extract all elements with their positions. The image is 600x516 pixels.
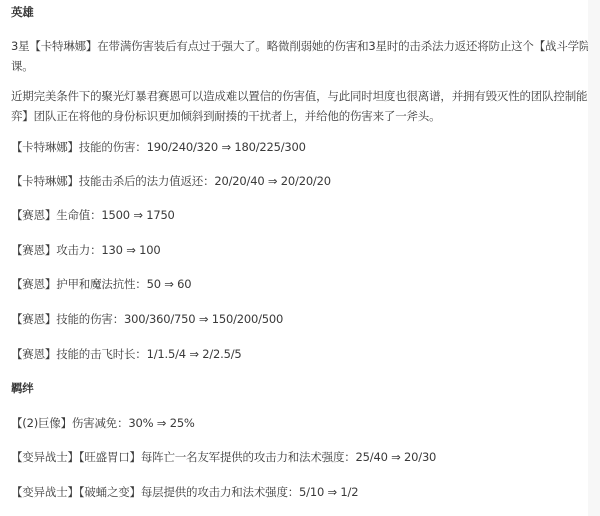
heroes-para2-line-2: 弈】团队正在将他的身份标识更加倾斜到耐揍的干扰者上，并给他的伤害来了一斧头。 <box>11 105 440 127</box>
change-item: 【变异战士】【旺盛胃口】每阵亡一名友军提供的攻击力和法术强度：25/40 ⇒ 2… <box>11 446 436 468</box>
change-item: 【卡特琳娜】技能的伤害：190/240/320 ⇒ 180/225/300 <box>11 136 306 158</box>
heroes-intro-line-2: 课。 <box>11 55 34 77</box>
change-item: 【变异战士】【破蛹之变】每层提供的攻击力和法术强度：5/10 ⇒ 1/2 <box>11 481 358 503</box>
change-item: 【赛恩】生命值：1500 ⇒ 1750 <box>11 204 175 226</box>
section-heading-traits: 羁绊 <box>11 377 34 399</box>
heroes-para2-line-1: 近期完美条件下的聚光灯暴君赛恩可以造成难以置信的伤害值，与此同时坦度也很离谱，并… <box>11 85 600 107</box>
article-body: 英雄 3星【卡特琳娜】在带满伤害装后有点过于强大了。略微削弱她的伤害和3星时的击… <box>0 0 588 516</box>
page-margin-strip <box>588 0 600 516</box>
change-item: 【赛恩】技能的伤害：300/360/750 ⇒ 150/200/500 <box>11 308 283 330</box>
change-item: 【赛恩】攻击力：130 ⇒ 100 <box>11 239 160 261</box>
change-item: 【赛恩】护甲和魔法抗性：50 ⇒ 60 <box>11 273 191 295</box>
change-item: 【(2)巨像】伤害减免：30% ⇒ 25% <box>11 412 195 434</box>
change-item: 【卡特琳娜】技能击杀后的法力值返还：20/20/40 ⇒ 20/20/20 <box>11 170 331 192</box>
heroes-intro-line-1: 3星【卡特琳娜】在带满伤害装后有点过于强大了。略微削弱她的伤害和3星时的击杀法力… <box>11 35 600 57</box>
change-item: 【赛恩】技能的击飞时长：1/1.5/4 ⇒ 2/2.5/5 <box>11 343 242 365</box>
section-heading-heroes: 英雄 <box>11 1 34 23</box>
